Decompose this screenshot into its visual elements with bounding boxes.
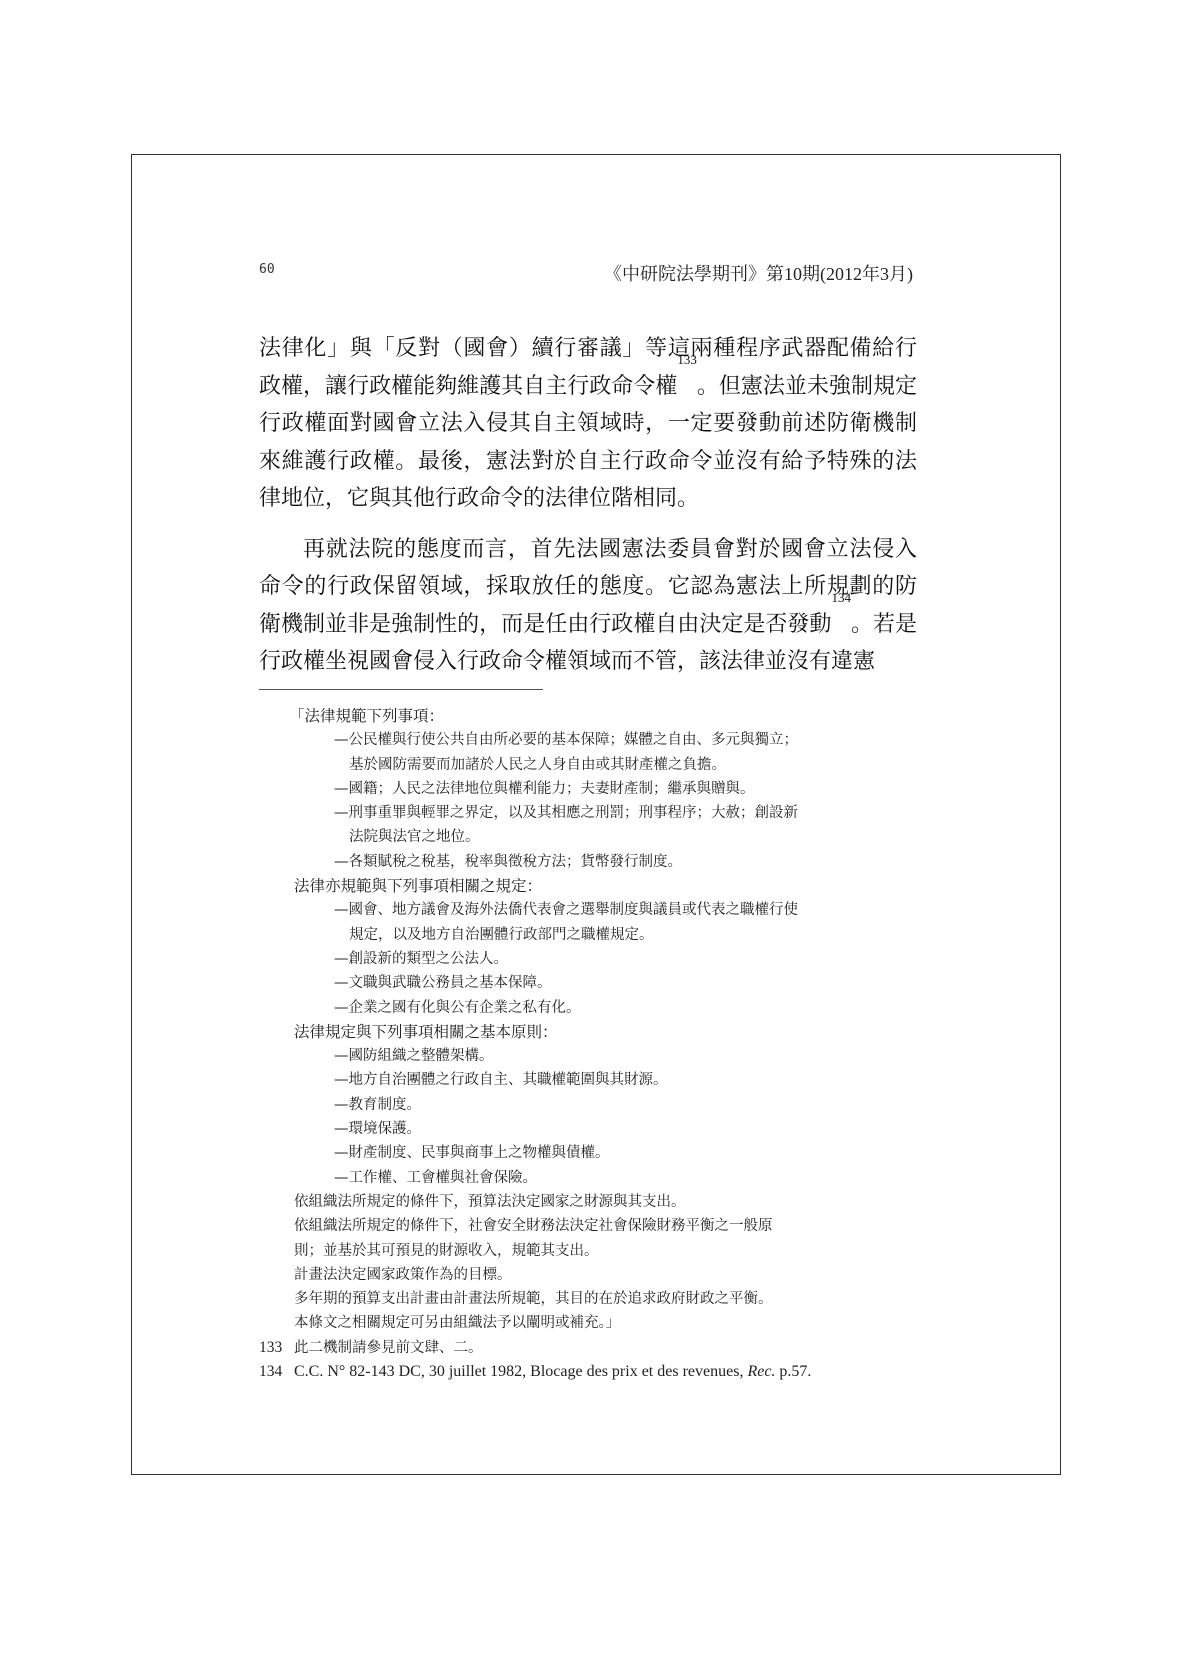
footnote-line: 本條文之相關規定可另由組織法予以闡明或補充。」 bbox=[259, 1311, 919, 1335]
footnote-line: —文職與武職公務員之基本保障。 bbox=[259, 971, 919, 995]
footnote-line: 「法律規範下列事項： bbox=[259, 704, 919, 728]
footnote-line: —各類賦稅之稅基，稅率與徵稅方法；貨幣發行制度。 bbox=[259, 850, 919, 874]
footnote-ref-134[interactable]: 134 bbox=[831, 590, 851, 605]
running-header: 60 《中研院法學期刊》第10期(2012年3月) bbox=[259, 262, 913, 286]
footnote-line: 基於國防需要而加諸於人民之人身自由或其財產權之負擔。 bbox=[259, 753, 919, 777]
footnote-line: —刑事重罪與輕罪之界定，以及其相應之刑罰；刑事程序；大赦；創設新 bbox=[259, 801, 919, 825]
footnote-line: —工作權、工會權與社會保險。 bbox=[259, 1166, 919, 1190]
footnote-line: —教育制度。 bbox=[259, 1093, 919, 1117]
footnotes: 「法律規範下列事項：—公民權與行使公共自由所必要的基本保障；媒體之自由、多元與獨… bbox=[259, 704, 919, 1384]
footnote-line: —財產制度、民事與商事上之物權與債權。 bbox=[259, 1141, 919, 1165]
footnote-line: 規定，以及地方自治團體行政部門之職權規定。 bbox=[259, 923, 919, 947]
footnote-number: 133 bbox=[259, 1336, 294, 1360]
footnote-line: —國籍；人民之法律地位與權利能力；夫妻財產制；繼承與贈與。 bbox=[259, 777, 919, 801]
footnote-line: 依組織法所規定的條件下，社會安全財務法決定社會保險財務平衡之一般原 bbox=[259, 1214, 919, 1238]
footnote-134: 134 C.C. N° 82-143 DC, 30 juillet 1982, … bbox=[259, 1360, 919, 1384]
footnote-continued-quote: 「法律規範下列事項：—公民權與行使公共自由所必要的基本保障；媒體之自由、多元與獨… bbox=[259, 704, 919, 1336]
footnote-line: —國防組織之整體架構。 bbox=[259, 1044, 919, 1068]
footnote-ref-133[interactable]: 133 bbox=[677, 352, 697, 367]
footnote-line: 多年期的預算支出計畫由計畫法所規範，其目的在於追求政府財政之平衡。 bbox=[259, 1287, 919, 1311]
footnote-133: 133 此二機制請參見前文肆、二。 bbox=[259, 1336, 919, 1360]
journal-title: 《中研院法學期刊》第10期(2012年3月) bbox=[604, 260, 913, 286]
footnote-text: 此二機制請參見前文肆、二。 bbox=[294, 1336, 919, 1360]
footnote-line: —環境保護。 bbox=[259, 1117, 919, 1141]
footnote-line: 法律規定與下列事項相關之基本原則： bbox=[259, 1020, 919, 1044]
footnote-line: —公民權與行使公共自由所必要的基本保障；媒體之自由、多元與獨立； bbox=[259, 728, 919, 752]
footnote-number: 134 bbox=[259, 1360, 294, 1384]
body-text: 法律化」與「反對（國會）續行審議」等這兩種程序武器配備給行政權，讓行政權能夠維護… bbox=[259, 330, 917, 681]
footnote-text: C.C. N° 82-143 DC, 30 juillet 1982, Bloc… bbox=[294, 1360, 919, 1384]
footnote-line: —地方自治團體之行政自主、其職權範圍與其財源。 bbox=[259, 1068, 919, 1092]
footnote-line: —國會、地方議會及海外法僑代表會之選舉制度與議員或代表之職權行使 bbox=[259, 898, 919, 922]
footnote-line: 計畫法決定國家政策作為的目標。 bbox=[259, 1263, 919, 1287]
footnote-line: 依組織法所規定的條件下，預算法決定國家之財源與其支出。 bbox=[259, 1190, 919, 1214]
paragraph-2: 再就法院的態度而言，首先法國憲法委員會對於國會立法侵入命令的行政保留領域，採取放… bbox=[259, 531, 917, 681]
footnote-line: —企業之國有化與公有企業之私有化。 bbox=[259, 996, 919, 1020]
footnote-line: 法律亦規範與下列事項相關之規定： bbox=[259, 874, 919, 898]
footnote-line: 則；並基於其可預見的財源收入，規範其支出。 bbox=[259, 1239, 919, 1263]
footnote-line: 法院與法官之地位。 bbox=[259, 825, 919, 849]
page-number: 60 bbox=[259, 262, 275, 277]
footnote-line: —創設新的類型之公法人。 bbox=[259, 947, 919, 971]
footnote-separator bbox=[259, 689, 543, 690]
paragraph-1: 法律化」與「反對（國會）續行審議」等這兩種程序武器配備給行政權，讓行政權能夠維護… bbox=[259, 330, 917, 518]
